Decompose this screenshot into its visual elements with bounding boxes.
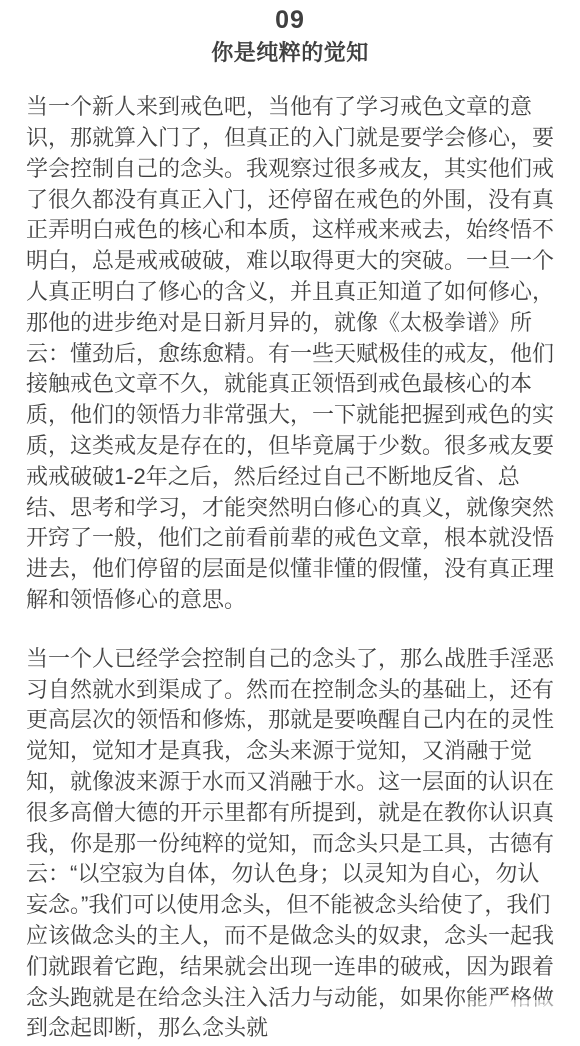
body-paragraph-2: 当一个人已经学会控制自己的念头了，那么战胜手淫恶习自然就水到渠成了。然而在控制念…	[26, 644, 554, 1044]
chapter-number: 09	[0, 6, 580, 35]
body-paragraph-1: 当一个新人来到戒色吧，当他有了学习戒色文章的意识，那就算入门了，但真正的入门就是…	[26, 92, 554, 616]
chapter-title: 你是纯粹的觉知	[0, 39, 580, 67]
chapter-body: 当一个新人来到戒色吧，当他有了学习戒色文章的意识，那就算入门了，但真正的入门就是…	[0, 92, 580, 1044]
chapter-header: 09 你是纯粹的觉知	[0, 0, 580, 66]
article-page: 09 你是纯粹的觉知 当一个新人来到戒色吧，当他有了学习戒色文章的意识，那就算入…	[0, 0, 580, 1046]
